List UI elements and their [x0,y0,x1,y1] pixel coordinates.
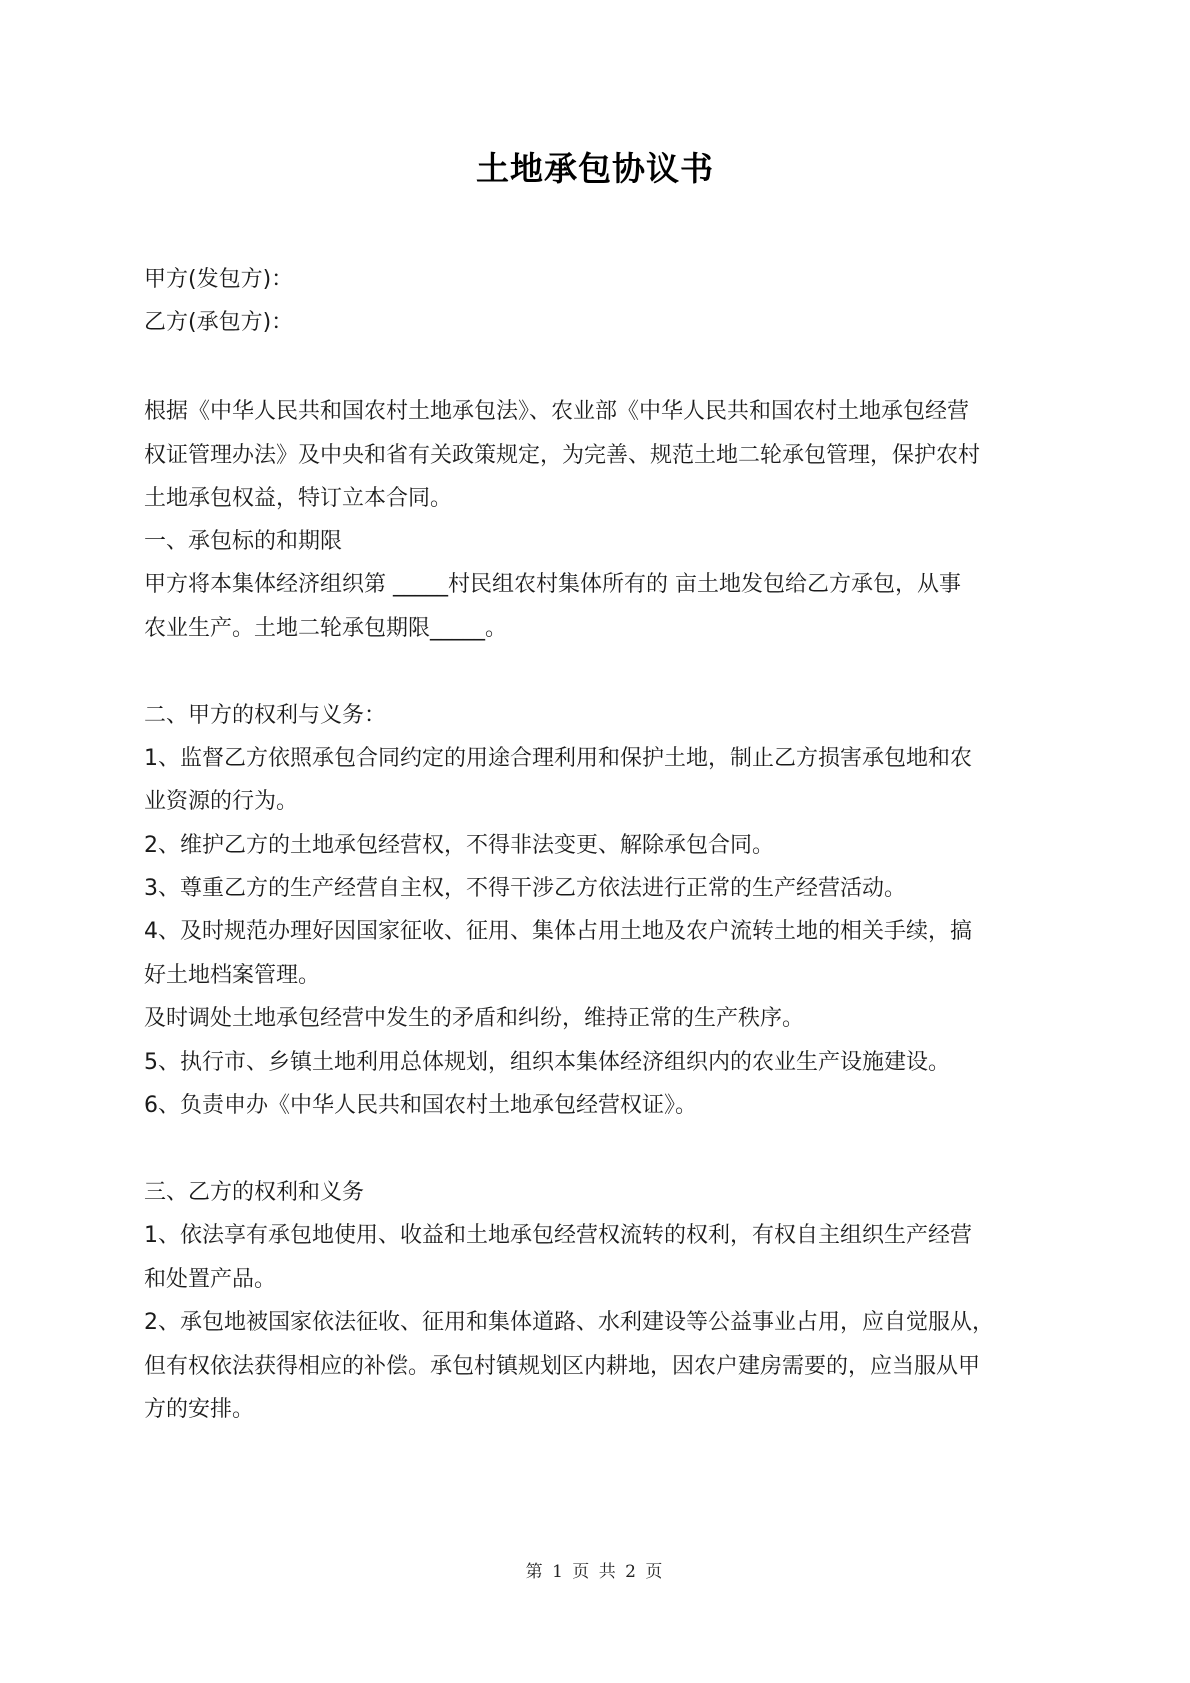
section-3-item-2a: 2、承包地被国家依法征收、征用和集体道路、水利建设等公益事业占用，应自觉服从， [144,1309,1064,1337]
section-3-item-1b: 和处置产品。 [144,1266,1064,1294]
section-2-item-1b: 业资源的行为。 [144,788,1064,816]
page-title: 土地承包协议书 [0,143,1190,190]
section-2-item-2: 2、维护乙方的土地承包经营权，不得非法变更、解除承包合同。 [144,832,1064,860]
party-b-label: 乙方(承包方)： [144,309,1064,337]
section-1-heading: 一、承包标的和期限 [144,528,1064,556]
page-number-footer: 第 1 页 共 2 页 [0,1557,1190,1582]
section-1-text-1: 甲方将本集体经济组织第 _____村民组农村集体所有的 亩土地发包给乙方承包，从… [144,571,1064,599]
section-1-text-2: 农业生产。土地二轮承包期限_____。 [144,615,1064,643]
section-3-item-2b: 但有权依法获得相应的补偿。承包村镇规划区内耕地，因农户建房需要的，应当服从甲 [144,1353,1064,1381]
preamble-line-1: 根据《中华人民共和国农村土地承包法》、农业部《中华人民共和国农村土地承包经营 [144,398,1064,426]
section-2-item-5: 5、执行市、乡镇土地利用总体规划，组织本集体经济组织内的农业生产设施建设。 [144,1049,1064,1077]
section-2-item-6: 6、负责申办《中华人民共和国农村土地承包经营权证》。 [144,1092,1064,1120]
section-2-item-extra: 及时调处土地承包经营中发生的矛盾和纠纷，维持正常的生产秩序。 [144,1005,1064,1033]
section-3-heading: 三、乙方的权利和义务 [144,1179,1064,1207]
section-2-item-4a: 4、及时规范办理好因国家征收、征用、集体占用土地及农户流转土地的相关手续，搞 [144,918,1064,946]
preamble-line-3: 土地承包权益，特订立本合同。 [144,485,1064,513]
section-3-item-1a: 1、依法享有承包地使用、收益和土地承包经营权流转的权利，有权自主组织生产经营 [144,1222,1064,1250]
section-2-item-1a: 1、监督乙方依照承包合同约定的用途合理利用和保护土地，制止乙方损害承包地和农 [144,745,1064,773]
party-a-label: 甲方(发包方)： [144,266,1064,294]
section-2-heading: 二、甲方的权利与义务： [144,702,1064,730]
preamble-line-2: 权证管理办法》及中央和省有关政策规定，为完善、规范土地二轮承包管理，保护农村 [144,442,1064,470]
section-3-item-2c: 方的安排。 [144,1396,1064,1424]
section-2-item-4b: 好土地档案管理。 [144,962,1064,990]
section-2-item-3: 3、尊重乙方的生产经营自主权，不得干涉乙方依法进行正常的生产经营活动。 [144,875,1064,903]
